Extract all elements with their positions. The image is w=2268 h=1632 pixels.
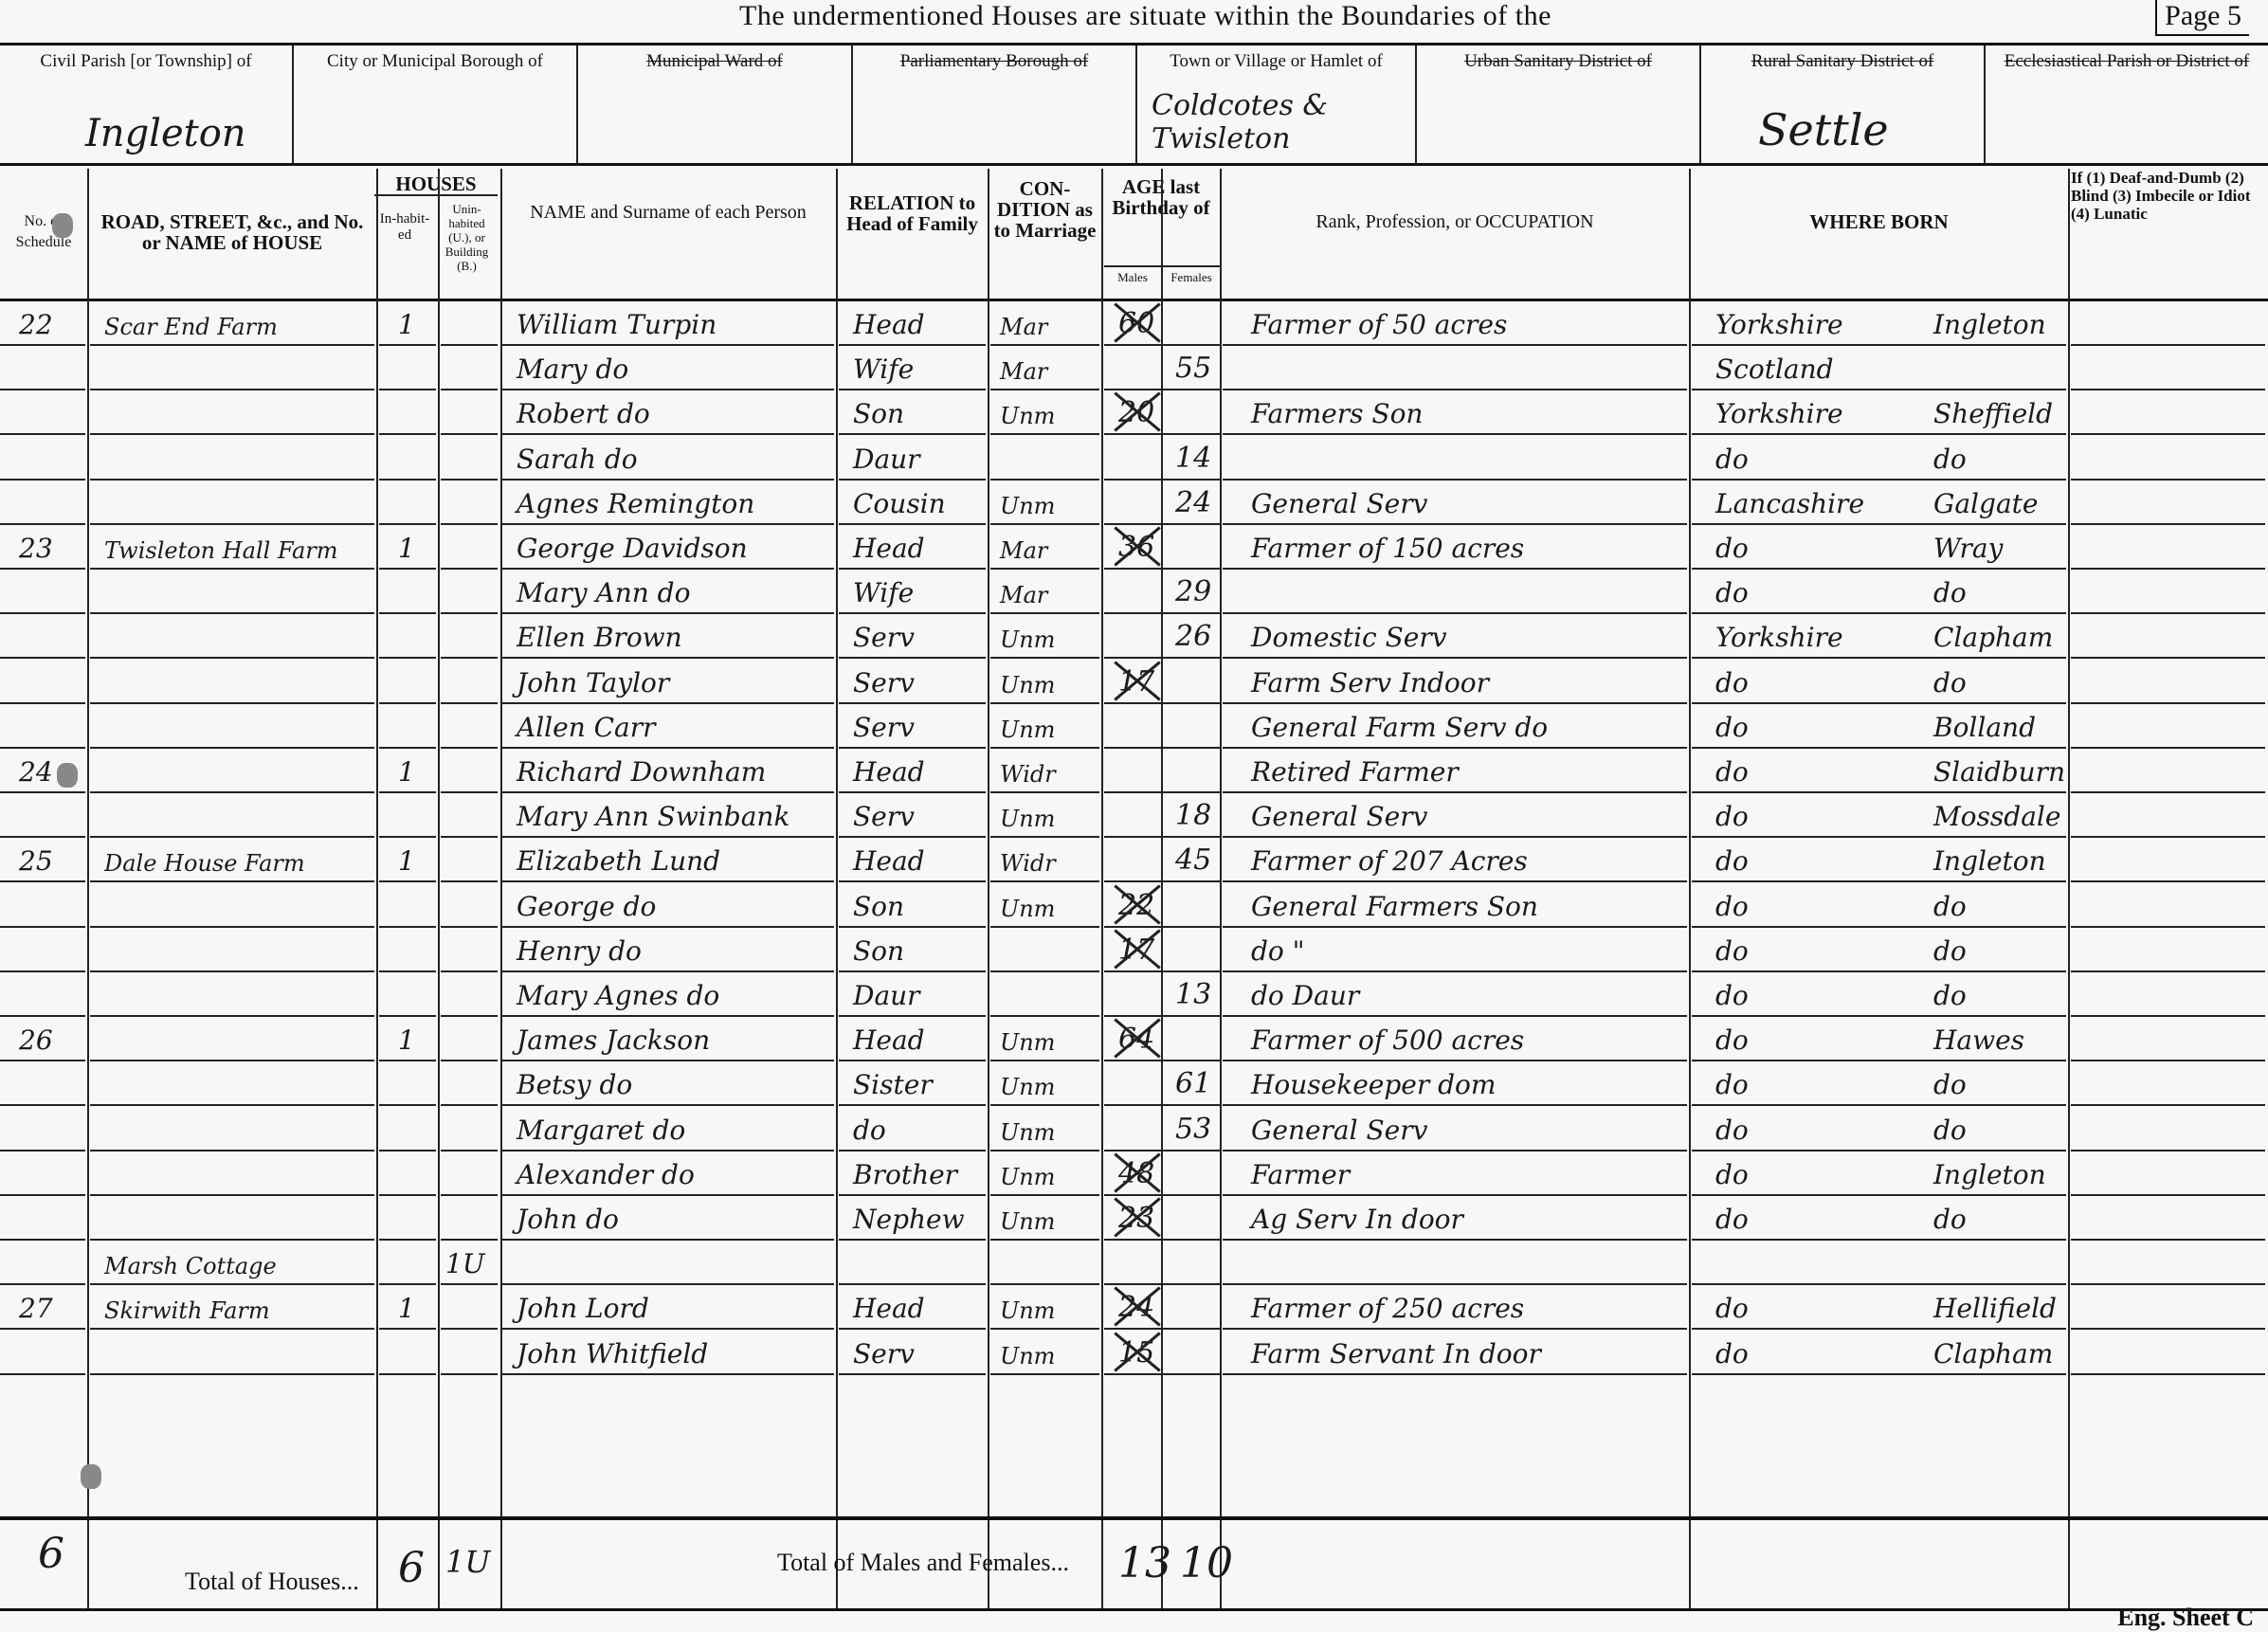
- table-row: Mary doWifeMar55Scotland: [0, 346, 2268, 390]
- table-row: 27Skirwith Farm1John LordHeadUnm24Farmer…: [0, 1285, 2268, 1330]
- table-row: John WhitfieldServUnm15Farm Servant In d…: [0, 1331, 2268, 1375]
- footer-sheet-note: Eng. Sheet C: [2117, 1604, 2254, 1632]
- cell-born-county: do: [1715, 891, 1749, 922]
- column-rule: [988, 169, 989, 1609]
- boundary-label: City or Municipal Borough of: [301, 51, 569, 72]
- cell-born-place: do: [1933, 577, 1967, 608]
- cell-schedule: 24: [19, 756, 53, 788]
- cell-uninhabited: 1U: [445, 1248, 484, 1279]
- table-row: Agnes RemingtonCousinUnm24General ServLa…: [0, 481, 2268, 525]
- cell-condition: Unm: [1000, 1029, 1055, 1056]
- table-row: 22Scar End Farm1William TurpinHeadMar60F…: [0, 301, 2268, 346]
- cell-female-age: 14: [1175, 442, 1211, 475]
- cell-born-county: do: [1715, 980, 1749, 1011]
- cell-schedule: 25: [19, 845, 53, 877]
- cell-relation: Daur: [853, 444, 920, 475]
- cell-condition: Unm: [1000, 403, 1055, 429]
- cell-name: Allen Carr: [517, 712, 656, 743]
- cell-relation: Wife: [853, 354, 914, 385]
- cell-born-place: Ingleton: [1933, 309, 2046, 340]
- table-row: Betsy doSisterUnm61Housekeeper domdodo: [0, 1061, 2268, 1106]
- cell-occupation: Domestic Serv: [1251, 622, 1447, 653]
- cell-male-age: 60: [1118, 307, 1154, 340]
- cell-relation: Cousin: [853, 488, 946, 519]
- table-row: Alexander doBrotherUnm48FarmerdoIngleton: [0, 1151, 2268, 1196]
- table-row: 23Twisleton Hall Farm1George DavidsonHea…: [0, 525, 2268, 570]
- total-uninhabited: 1U: [445, 1544, 490, 1580]
- cell-inhabited: 1: [398, 1025, 415, 1056]
- cell-born-county: do: [1715, 935, 1749, 967]
- cell-relation: Head: [853, 1025, 925, 1056]
- ink-blot: [81, 1464, 101, 1489]
- cell-born-county: do: [1715, 801, 1749, 832]
- cell-occupation: General Farm Serv do: [1251, 712, 1548, 743]
- cell-male-age: 36: [1118, 531, 1154, 564]
- table-row: John TaylorServUnm17Farm Serv Indoordodo: [0, 660, 2268, 704]
- boundaries-header: Civil Parish [or Township] of Ingleton C…: [0, 43, 2268, 166]
- ink-blot: [57, 763, 78, 788]
- cell-condition: Mar: [1000, 537, 1047, 564]
- cell-name: Elizabeth Lund: [517, 845, 720, 877]
- cell-name: William Turpin: [517, 309, 717, 340]
- cell-name: Mary do: [517, 354, 628, 385]
- boundary-ecclesiastical: Ecclesiastical Parish or District of: [1986, 45, 2268, 163]
- cell-condition: Unm: [1000, 493, 1055, 519]
- cell-occupation: do ": [1251, 935, 1305, 967]
- cell-occupation: Farmer: [1251, 1159, 1350, 1190]
- cell-name: John Lord: [517, 1293, 649, 1324]
- cell-name: Henry do: [517, 935, 642, 967]
- boundary-label: Town or Village or Hamlet of: [1145, 51, 1407, 72]
- cell-relation: Serv: [853, 712, 915, 743]
- cell-relation: Head: [853, 756, 925, 788]
- cell-born-place: Ingleton: [1933, 845, 2046, 877]
- cell-condition: Unm: [1000, 1297, 1055, 1324]
- boundary-label: Parliamentary Borough of: [861, 51, 1128, 72]
- row-rule: [441, 1373, 498, 1375]
- cell-female-age: 29: [1175, 575, 1211, 608]
- column-rule: [376, 169, 378, 1609]
- row-rule: [379, 1373, 436, 1375]
- table-row: 25Dale House Farm1Elizabeth LundHeadWidr…: [0, 838, 2268, 882]
- cell-occupation: General Serv: [1251, 1115, 1427, 1146]
- header-males: Males: [1104, 265, 1161, 288]
- cell-occupation: Farmer of 50 acres: [1251, 309, 1507, 340]
- cell-born-place: Hellifield: [1933, 1293, 2057, 1324]
- cell-born-county: do: [1715, 533, 1749, 564]
- cell-born-place: do: [1933, 1069, 1967, 1100]
- cell-house: Dale House Farm: [104, 850, 305, 877]
- cell-female-age: 26: [1175, 620, 1211, 653]
- column-rule: [500, 169, 502, 1609]
- cell-condition: Unm: [1000, 806, 1055, 832]
- cell-name: James Jackson: [517, 1025, 710, 1056]
- cell-inhabited: 1: [398, 1293, 415, 1324]
- cell-female-age: 61: [1175, 1067, 1211, 1100]
- cell-inhabited: 1: [398, 756, 415, 788]
- cell-schedule: 26: [19, 1025, 53, 1056]
- cell-born-county: do: [1715, 1159, 1749, 1190]
- cell-born-county: Yorkshire: [1715, 398, 1843, 429]
- cell-born-county: Yorkshire: [1715, 622, 1843, 653]
- table-row: Henry doSon17do "dodo: [0, 928, 2268, 972]
- column-rule: [1161, 169, 1163, 1609]
- row-rule: [990, 1373, 1099, 1375]
- cell-born-place: do: [1933, 891, 1967, 922]
- cell-house: Skirwith Farm: [104, 1297, 270, 1324]
- cell-occupation: Farmer of 207 Acres: [1251, 845, 1528, 877]
- cell-condition: Unm: [1000, 1074, 1055, 1100]
- cell-relation: Son: [853, 398, 904, 429]
- row-rule: [1163, 1373, 1220, 1375]
- cell-born-place: Galgate: [1933, 488, 2038, 519]
- cell-born-place: do: [1933, 1115, 1967, 1146]
- cell-condition: Unm: [1000, 896, 1055, 922]
- table-row: Mary Agnes doDaur13do Daurdodo: [0, 972, 2268, 1017]
- cell-relation: Serv: [853, 801, 915, 832]
- cell-born-county: do: [1715, 1025, 1749, 1056]
- header-houses: HOUSES: [374, 173, 498, 196]
- header-uninhabited: Unin-habited (U.), or Building (B.): [436, 202, 498, 273]
- table-row: Allen CarrServUnmGeneral Farm Serv dodoB…: [0, 704, 2268, 749]
- cell-occupation: Housekeeper dom: [1251, 1069, 1496, 1100]
- cell-male-age: 23: [1118, 1202, 1154, 1235]
- row-rule: [839, 1373, 986, 1375]
- row-rule: [1692, 1373, 2066, 1375]
- cell-born-county: do: [1715, 577, 1749, 608]
- boundary-urban-sanitary: Urban Sanitary District of: [1417, 45, 1701, 163]
- cell-condition: Widr: [1000, 850, 1056, 877]
- cell-born-county: Scotland: [1715, 354, 1834, 385]
- header-occupation: Rank, Profession, or OCCUPATION: [1223, 211, 1687, 232]
- cell-born-place: do: [1933, 980, 1967, 1011]
- table-row: Mary Ann doWifeMar29dodo: [0, 570, 2268, 614]
- cell-relation: Serv: [853, 1338, 915, 1369]
- cell-relation: Head: [853, 533, 925, 564]
- column-rule: [1220, 169, 1222, 1609]
- row-rule: [90, 1373, 374, 1375]
- cell-occupation: Farmer of 150 acres: [1251, 533, 1524, 564]
- cell-occupation: General Serv: [1251, 801, 1427, 832]
- cell-relation: Wife: [853, 577, 914, 608]
- cell-inhabited: 1: [398, 533, 415, 564]
- cell-born-place: Clapham: [1933, 1338, 2053, 1369]
- header-infirmity: If (1) Deaf-and-Dumb (2) Blind (3) Imbec…: [2071, 169, 2260, 223]
- cell-male-age: 24: [1118, 1291, 1154, 1324]
- total-females: 10: [1180, 1539, 1233, 1587]
- cell-female-age: 24: [1175, 486, 1211, 519]
- boundary-label: Rural Sanitary District of: [1709, 51, 1976, 72]
- cell-schedule: 23: [19, 533, 53, 564]
- table-row: John doNephewUnm23Ag Serv In doordodo: [0, 1196, 2268, 1241]
- cell-relation: Daur: [853, 980, 920, 1011]
- cell-condition: Mar: [1000, 314, 1047, 340]
- column-headers: No. of Schedule ROAD, STREET, &c., and N…: [0, 169, 2268, 301]
- cell-condition: Mar: [1000, 582, 1047, 608]
- cell-name: Betsy do: [517, 1069, 632, 1100]
- cell-female-age: 13: [1175, 978, 1211, 1011]
- cell-occupation: General Farmers Son: [1251, 891, 1538, 922]
- table-row: Marsh Cottage1U: [0, 1241, 2268, 1285]
- cell-name: Robert do: [517, 398, 650, 429]
- cell-inhabited: 1: [398, 845, 415, 877]
- totals-row: 6 Total of Houses... 6 1U Total of Males…: [0, 1516, 2268, 1611]
- table-row: 241Richard DownhamHeadWidrRetired Farmer…: [0, 749, 2268, 793]
- cell-condition: Unm: [1000, 1164, 1055, 1190]
- cell-relation: Nephew: [853, 1204, 965, 1235]
- column-rule: [836, 169, 838, 1609]
- cell-male-age: 20: [1118, 396, 1154, 429]
- cell-name: John Whitfield: [517, 1338, 708, 1369]
- boundary-city: City or Municipal Borough of: [294, 45, 578, 163]
- cell-born-place: Wray: [1933, 533, 2003, 564]
- table-row: Margaret dodoUnm53General Servdodo: [0, 1107, 2268, 1151]
- cell-house: Twisleton Hall Farm: [104, 537, 338, 564]
- boundary-municipal-ward: Municipal Ward of: [578, 45, 853, 163]
- cell-name: Mary Agnes do: [517, 980, 719, 1011]
- cell-male-age: 17: [1118, 934, 1154, 967]
- cell-occupation: do Daur: [1251, 980, 1359, 1011]
- cell-relation: Serv: [853, 667, 915, 698]
- header-females: Females: [1163, 265, 1220, 288]
- column-rule: [87, 169, 89, 1609]
- header-where-born: WHERE BORN: [1692, 211, 2066, 232]
- table-row: Ellen BrownServUnm26Domestic ServYorkshi…: [0, 614, 2268, 659]
- cell-born-place: Ingleton: [1933, 1159, 2046, 1190]
- cell-name: John do: [517, 1204, 619, 1235]
- boundary-rural-sanitary: Rural Sanitary District of Settle: [1701, 45, 1986, 163]
- boundary-civil-parish: Civil Parish [or Township] of Ingleton: [0, 45, 294, 163]
- column-rule: [1101, 169, 1103, 1609]
- header-inhabited: In-habit-ed: [376, 211, 433, 244]
- cell-born-county: do: [1715, 845, 1749, 877]
- cell-occupation: Farmer of 250 acres: [1251, 1293, 1524, 1324]
- cell-relation: Head: [853, 1293, 925, 1324]
- cell-born-county: do: [1715, 667, 1749, 698]
- cell-born-place: do: [1933, 444, 1967, 475]
- cell-name: John Taylor: [517, 667, 669, 698]
- cell-condition: Unm: [1000, 1343, 1055, 1369]
- cell-name: Sarah do: [517, 444, 638, 475]
- cell-born-place: do: [1933, 935, 1967, 967]
- cell-born-county: do: [1715, 1293, 1749, 1324]
- table-row: George doSonUnm22General Farmers Sondodo: [0, 883, 2268, 928]
- cell-female-age: 45: [1175, 843, 1211, 877]
- boundary-label: Ecclesiastical Parish or District of: [1993, 51, 2260, 72]
- header-name: NAME and Surname of each Person: [502, 202, 834, 223]
- cell-house: Marsh Cottage: [104, 1253, 277, 1279]
- cell-born-place: Mossdale: [1933, 801, 2060, 832]
- cell-born-county: do: [1715, 756, 1749, 788]
- cell-condition: Unm: [1000, 672, 1055, 698]
- cell-occupation: Farmers Son: [1251, 398, 1423, 429]
- cell-occupation: Ag Serv In door: [1251, 1204, 1463, 1235]
- cell-male-age: 15: [1118, 1336, 1154, 1369]
- boundary-label: Urban Sanitary District of: [1424, 51, 1692, 72]
- cell-born-place: do: [1933, 667, 1967, 698]
- cell-condition: Unm: [1000, 716, 1055, 743]
- row-rule: [0, 1373, 85, 1375]
- column-rule: [438, 169, 440, 1609]
- boundary-value: Settle: [1758, 104, 1889, 155]
- cell-born-place: Sheffield: [1933, 398, 2053, 429]
- cell-occupation: Retired Farmer: [1251, 756, 1459, 788]
- boundary-label: Municipal Ward of: [586, 51, 844, 72]
- cell-occupation: Farm Servant In door: [1251, 1338, 1541, 1369]
- cell-name: Agnes Remington: [517, 488, 754, 519]
- cell-male-age: 17: [1118, 665, 1154, 698]
- row-rule: [1223, 1373, 1687, 1375]
- boundary-town-village: Town or Village or Hamlet of Coldcotes &…: [1137, 45, 1417, 163]
- cell-born-county: do: [1715, 1069, 1749, 1100]
- cell-born-county: do: [1715, 1204, 1749, 1235]
- cell-relation: Head: [853, 845, 925, 877]
- total-males: 13: [1118, 1539, 1171, 1587]
- cell-name: George do: [517, 891, 656, 922]
- cell-relation: Son: [853, 935, 904, 967]
- cell-relation: Head: [853, 309, 925, 340]
- table-row: 261James JacksonHeadUnm64Farmer of 500 a…: [0, 1017, 2268, 1061]
- cell-male-age: 64: [1118, 1023, 1154, 1056]
- cell-born-county: Lancashire: [1715, 488, 1864, 519]
- cell-occupation: Farm Serv Indoor: [1251, 667, 1489, 698]
- cell-relation: Brother: [853, 1159, 957, 1190]
- total-schedules: 6: [38, 1530, 64, 1578]
- cell-relation: Son: [853, 891, 904, 922]
- cell-inhabited: 1: [398, 309, 415, 340]
- cell-name: George Davidson: [517, 533, 748, 564]
- header-condition: CON-DITION as to Marriage: [990, 178, 1099, 241]
- cell-name: Mary Ann Swinbank: [517, 801, 789, 832]
- cell-name: Margaret do: [517, 1115, 685, 1146]
- boundary-parliamentary-borough: Parliamentary Borough of: [853, 45, 1137, 163]
- column-rule: [2068, 169, 2070, 1609]
- boundary-value: Coldcotes & Twisleton: [1152, 89, 1415, 155]
- cell-name: Mary Ann do: [517, 577, 690, 608]
- page-banner: The undermentioned Houses are situate wi…: [739, 0, 1551, 32]
- page-number: Page 5: [2155, 0, 2249, 36]
- cell-occupation: Farmer of 500 acres: [1251, 1025, 1524, 1056]
- cell-born-county: Yorkshire: [1715, 309, 1843, 340]
- total-inhabited: 6: [398, 1544, 425, 1592]
- ink-blot: [52, 213, 73, 238]
- table-row: Sarah doDaur14dodo: [0, 436, 2268, 481]
- total-houses-label: Total of Houses...: [185, 1568, 359, 1596]
- header-road: ROAD, STREET, &c., and No. or NAME of HO…: [90, 211, 374, 253]
- total-persons-label: Total of Males and Females...: [777, 1549, 1069, 1577]
- cell-condition: Unm: [1000, 626, 1055, 653]
- cell-female-age: 18: [1175, 799, 1211, 832]
- cell-name: Alexander do: [517, 1159, 695, 1190]
- cell-born-county: do: [1715, 444, 1749, 475]
- cell-name: Richard Downham: [517, 756, 766, 788]
- cell-born-place: Hawes: [1933, 1025, 2024, 1056]
- cell-schedule: 27: [19, 1293, 53, 1324]
- cell-born-county: do: [1715, 712, 1749, 743]
- cell-female-age: 53: [1175, 1113, 1211, 1146]
- row-rule: [502, 1373, 834, 1375]
- cell-female-age: 55: [1175, 352, 1211, 385]
- cell-condition: Unm: [1000, 1119, 1055, 1146]
- cell-born-place: Clapham: [1933, 622, 2053, 653]
- cell-house: Scar End Farm: [104, 314, 278, 340]
- cell-schedule: 22: [19, 309, 53, 340]
- header-schedule: No. of Schedule: [2, 211, 85, 253]
- cell-born-county: do: [1715, 1338, 1749, 1369]
- census-page: The undermentioned Houses are situate wi…: [0, 0, 2268, 1632]
- cell-male-age: 48: [1118, 1157, 1154, 1190]
- column-rule: [1689, 169, 1691, 1609]
- cell-name: Ellen Brown: [517, 622, 682, 653]
- header-relation: RELATION to Head of Family: [839, 192, 986, 234]
- boundary-label: Civil Parish [or Township] of: [8, 51, 284, 72]
- boundary-value: Ingleton: [85, 112, 246, 155]
- cell-relation: Sister: [853, 1069, 933, 1100]
- cell-occupation: General Serv: [1251, 488, 1427, 519]
- row-rule: [1104, 1373, 1161, 1375]
- cell-relation: do: [853, 1115, 886, 1146]
- cell-condition: Mar: [1000, 358, 1047, 385]
- cell-born-county: do: [1715, 1115, 1749, 1146]
- cell-male-age: 22: [1118, 889, 1154, 922]
- row-rule: [2071, 1373, 2265, 1375]
- table-row: Mary Ann SwinbankServUnm18General Servdo…: [0, 793, 2268, 838]
- cell-born-place: Slaidburn: [1933, 756, 2065, 788]
- cell-born-place: Bolland: [1933, 712, 2036, 743]
- cell-condition: Unm: [1000, 1208, 1055, 1235]
- cell-born-place: do: [1933, 1204, 1967, 1235]
- cell-condition: Widr: [1000, 761, 1056, 788]
- table-row: Robert doSonUnm20Farmers SonYorkshireShe…: [0, 390, 2268, 435]
- cell-relation: Serv: [853, 622, 915, 653]
